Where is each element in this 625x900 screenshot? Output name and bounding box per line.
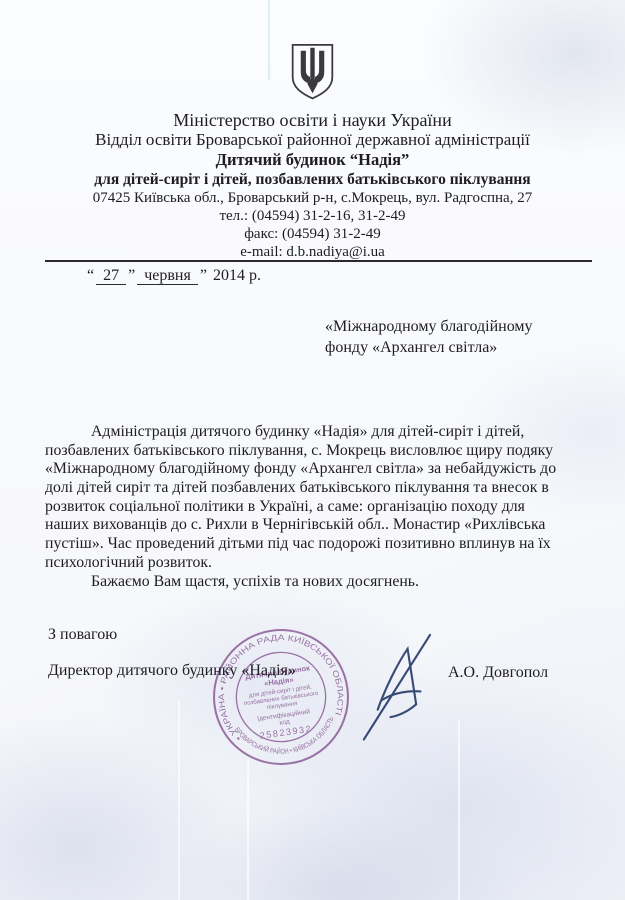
ministry-line: Міністерство освіти і науки України [0, 110, 625, 130]
stamp-id-code: 25823932 [259, 724, 313, 741]
handwritten-signature [344, 620, 452, 748]
closing-salutation: З повагою [48, 626, 117, 644]
letterhead: Міністерство освіти і науки України Відд… [0, 42, 625, 261]
stamp-center-line: код [279, 718, 290, 726]
fax-line: факс: (04594) 31-2-49 [0, 225, 625, 243]
body-line: позбавлених батьківського піклування, с.… [45, 442, 590, 461]
addressee-line: «Міжнародному благодійному [325, 316, 533, 337]
organization-name: Дитячий будинок “Надія” [0, 150, 625, 170]
paper-crease [247, 760, 249, 900]
quote-mark: “ [85, 267, 96, 284]
date-day: 27 [96, 267, 126, 285]
department-line: Відділ освіти Броварської районної держа… [0, 130, 625, 150]
body-line: Бажаємо Вам щастя, успіхів та нових дося… [45, 573, 590, 592]
paper-crease [458, 720, 460, 900]
scanned-letter: Міністерство освіти і науки України Відд… [0, 0, 625, 900]
phone-line: тел.: (04594) 31-2-16, 31-2-49 [0, 207, 625, 225]
emblem-wrap [0, 42, 625, 110]
quote-mark: ” [126, 267, 137, 284]
body-line: психологічний розвиток. [45, 554, 590, 573]
letterhead-divider [45, 260, 592, 262]
round-official-stamp: • УКРАЇНА • РАЙОННА РАДА КИЇВСЬКОЇ ОБЛАС… [201, 617, 361, 777]
body-line: долі дітей сиріт та дітей позбавлених ба… [45, 479, 590, 498]
body-line: пустіш». Час проведений дітьми під час п… [45, 535, 590, 554]
date-year: 2014 р. [213, 267, 261, 284]
date-line: “27”червня” 2014 р. [85, 267, 261, 285]
quote-mark: ” [198, 267, 209, 284]
email-line: e-mail: d.b.nadiya@i.ua [0, 243, 625, 261]
body-line: наших вихованців до с. Рихли в Чернігівс… [45, 516, 590, 535]
addressee-line: фонду «Архангел світла» [325, 337, 533, 358]
addressee-block: «Міжнародному благодійному фонду «Арханг… [325, 316, 533, 358]
body-line: Адміністрація дитячого будинку «Надія» д… [45, 423, 590, 442]
signer-name: А.О. Довгопол [448, 664, 548, 682]
body-line: «Міжнародному благодійному фонду «Арханг… [45, 460, 590, 479]
postal-address: 07425 Київська обл., Броварський р-н, с.… [0, 189, 625, 207]
body-line: розвиток соціальної політики в Україні, … [45, 498, 590, 517]
letter-body: Адміністрація дитячого будинку «Надія» д… [45, 423, 590, 591]
ukraine-trident-icon [289, 42, 336, 102]
paper-crease [178, 700, 180, 900]
organization-subtitle: для дітей-сиріт і дітей, позбавлених бат… [0, 170, 625, 189]
date-month: червня [137, 267, 198, 285]
